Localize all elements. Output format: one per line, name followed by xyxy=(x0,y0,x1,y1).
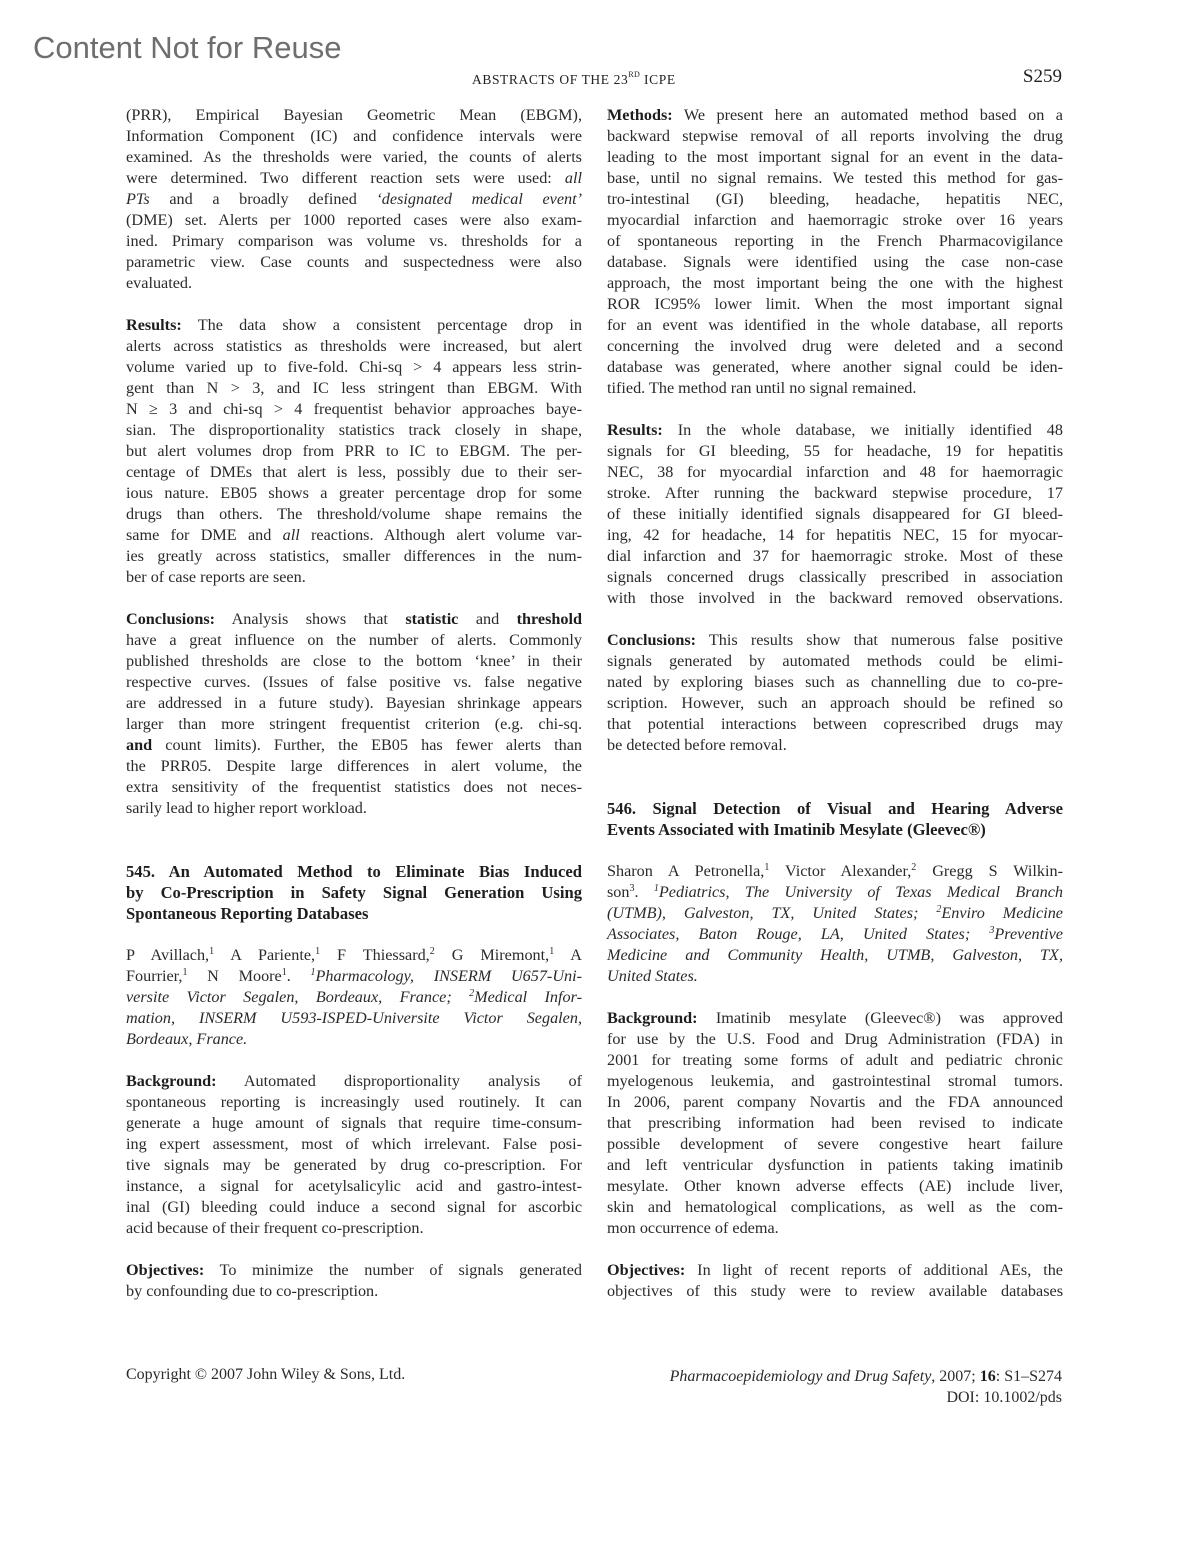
italic-text: all xyxy=(565,169,582,187)
text-line: drugs than others. The threshold/volume … xyxy=(126,504,582,525)
copyright-notice: Copyright © 2007 John Wiley & Sons, Ltd. xyxy=(126,1366,405,1384)
abstract-545-objectives: Objectives: To minimize the number of si… xyxy=(126,1260,582,1302)
methods-continued-paragraph: (PRR), Empirical Bayesian Geometric Mean… xyxy=(126,105,582,294)
author-name: Fourrier, xyxy=(126,967,182,985)
text-line: respective curves. (Issues of false posi… xyxy=(126,672,582,693)
text-span: same for DME and xyxy=(126,526,283,544)
text-span: and xyxy=(458,610,516,628)
text-line: evaluated. xyxy=(126,273,582,294)
text-line: and left ventricular dysfunction in pati… xyxy=(607,1155,1063,1176)
text-line: ies greatly across statistics, smaller d… xyxy=(126,546,582,567)
journal-pages: : S1–S274 xyxy=(996,1368,1062,1385)
author-name: Sharon A Petronella, xyxy=(607,862,764,880)
author-name: A Pariente, xyxy=(214,946,315,964)
text-line: signals generated by automated methods c… xyxy=(607,651,1063,672)
affiliation-text: Preventive xyxy=(994,925,1063,943)
text-line: larger than more stringent frequentist c… xyxy=(126,714,582,735)
authors-line: Fourrier,1 N Moore1. 1Pharmacology, INSE… xyxy=(126,966,582,987)
text-span: reactions. Although alert volume var- xyxy=(300,526,582,544)
section-label: Results: xyxy=(126,316,182,334)
author-name: N Moore xyxy=(187,967,281,985)
affiliation-line: Medicine and Community Health, UTMB, Gal… xyxy=(607,945,1063,966)
text-line: tive signals may be generated by drug co… xyxy=(126,1155,582,1176)
authors-line: son3. 1Pediatrics, The University of Tex… xyxy=(607,882,1063,903)
affiliation-line: mation, INSERM U593-ISPED-Universite Vic… xyxy=(126,1008,582,1029)
doi: DOI: 10.1002/pds xyxy=(670,1387,1062,1408)
section-label: Background: xyxy=(607,1009,698,1027)
journal-title: Pharmacoepidemiology and Drug Safety xyxy=(670,1368,932,1385)
text-line: scription. However, such an approach sho… xyxy=(607,693,1063,714)
text-line: same for DME and all reactions. Although… xyxy=(126,525,582,546)
text-span: . xyxy=(287,967,311,985)
text-line: acid because of their frequent co-prescr… xyxy=(126,1218,582,1239)
text-line: myelogenous leukemia, and gastrointestin… xyxy=(607,1071,1063,1092)
text-span: count limits). Further, the EB05 has few… xyxy=(152,736,582,754)
author-name: G Miremont, xyxy=(435,946,549,964)
text-line: the PRR05. Despite large differences in … xyxy=(126,756,582,777)
conclusions-paragraph: Conclusions: Analysis shows that statist… xyxy=(126,609,582,819)
text-span: In the whole database, we initially iden… xyxy=(663,421,1063,439)
bold-text: and xyxy=(126,736,152,754)
text-line: ing, 42 for headache, 14 for hepatitis N… xyxy=(607,525,1063,546)
running-head: ABSTRACTS OF THE 23RD ICPE xyxy=(472,70,676,88)
text-line: possible development of severe congestiv… xyxy=(607,1134,1063,1155)
affiliation-text: Enviro Medicine xyxy=(941,904,1063,922)
text-line: PTs and a broadly defined ‘designated me… xyxy=(126,189,582,210)
text-line: parametric view. Case counts and suspect… xyxy=(126,252,582,273)
text-line: that potential interactions between copr… xyxy=(607,714,1063,735)
text-line: mon occurrence of edema. xyxy=(607,1218,1063,1239)
text-line: base, until no signal remains. We tested… xyxy=(607,168,1063,189)
text-line: Information Component (IC) and confidenc… xyxy=(126,126,582,147)
title-line: 545. An Automated Method to Eliminate Bi… xyxy=(126,861,582,882)
text-line: and count limits). Further, the EB05 has… xyxy=(126,735,582,756)
text-line: (DME) set. Alerts per 1000 reported case… xyxy=(126,210,582,231)
affiliation-text: (UTMB), Galveston, TX, United States; xyxy=(607,904,936,922)
text-line: published thresholds are close to the bo… xyxy=(126,651,582,672)
text-line: Results: The data show a consistent perc… xyxy=(126,315,582,336)
text-line: Background: Automated disproportionality… xyxy=(126,1071,582,1092)
text-line: signals for GI bleeding, 55 for headache… xyxy=(607,441,1063,462)
text-line: stroke. After running the backward stepw… xyxy=(607,483,1063,504)
abstract-545-authors: P Avillach,1 A Pariente,1 F Thiessard,2 … xyxy=(126,945,582,1050)
right-column: Methods: We present here an automated me… xyxy=(607,105,1063,1323)
citation-line: Pharmacoepidemiology and Drug Safety, 20… xyxy=(670,1366,1062,1387)
title-line: Events Associated with Imatinib Mesylate… xyxy=(607,819,1063,840)
text-line: of spontaneous reporting in the French P… xyxy=(607,231,1063,252)
author-name: Victor Alexander, xyxy=(769,862,911,880)
text-line: skin and hematological complications, as… xyxy=(607,1197,1063,1218)
author-name: A xyxy=(554,946,582,964)
text-line: Objectives: To minimize the number of si… xyxy=(126,1260,582,1281)
text-span: We present here an automated method base… xyxy=(673,106,1063,124)
text-line: centage of DMEs that alert is less, poss… xyxy=(126,462,582,483)
running-head-sup: RD xyxy=(628,70,640,79)
authors-line: P Avillach,1 A Pariente,1 F Thiessard,2 … xyxy=(126,945,582,966)
text-line: backward stepwise removal of all reports… xyxy=(607,126,1063,147)
title-line: 546. Signal Detection of Visual and Hear… xyxy=(607,798,1063,819)
text-line: ber of case reports are seen. xyxy=(126,567,582,588)
author-name: P Avillach, xyxy=(126,946,209,964)
affiliation-line: (UTMB), Galveston, TX, United States; 2E… xyxy=(607,903,1063,924)
watermark: Content Not for Reuse xyxy=(33,30,341,66)
text-line: by confounding due to co-prescription. xyxy=(126,1281,582,1302)
text-span: In light of recent reports of additional… xyxy=(685,1261,1063,1279)
text-line: ious nature. EB05 shows a greater percen… xyxy=(126,483,582,504)
text-line: leading to the most important signal for… xyxy=(607,147,1063,168)
text-line: Objectives: In light of recent reports o… xyxy=(607,1260,1063,1281)
affiliation-line: United States. xyxy=(607,966,1063,987)
text-line: database was generated, where another si… xyxy=(607,357,1063,378)
text-line: Conclusions: This results show that nume… xyxy=(607,630,1063,651)
text-line: ROR IC95% lower limit. When the most imp… xyxy=(607,294,1063,315)
text-line: for an event was identified in the whole… xyxy=(607,315,1063,336)
affiliation-text: Associates, Baton Rouge, LA, United Stat… xyxy=(607,925,989,943)
text-line: 2001 for treating some forms of adult an… xyxy=(607,1050,1063,1071)
text-line: mesylate. Other known adverse effects (A… xyxy=(607,1176,1063,1197)
text-line: be detected before removal. xyxy=(607,735,1063,756)
results-paragraph: Results: The data show a consistent perc… xyxy=(126,315,582,588)
text-line: tified. The method ran until no signal r… xyxy=(607,378,1063,399)
text-line: spontaneous reporting is increasingly us… xyxy=(126,1092,582,1113)
text-line: Conclusions: Analysis shows that statist… xyxy=(126,609,582,630)
affiliation-text: versite Victor Segalen, Bordeaux, France… xyxy=(126,988,469,1006)
methods-paragraph: Methods: We present here an automated me… xyxy=(607,105,1063,399)
section-label: Conclusions: xyxy=(607,631,696,649)
text-line: examined. As the thresholds were varied,… xyxy=(126,147,582,168)
italic-text: ‘designated medical event’ xyxy=(376,190,582,208)
section-label: Objectives: xyxy=(607,1261,685,1279)
spacer xyxy=(607,777,1063,798)
text-line: approach, the most important being the o… xyxy=(607,273,1063,294)
text-line: have a great influence on the number of … xyxy=(126,630,582,651)
text-span: were determined. Two different reaction … xyxy=(126,169,565,187)
affiliation-line: Associates, Baton Rouge, LA, United Stat… xyxy=(607,924,1063,945)
text-line: that prescribing information had been re… xyxy=(607,1113,1063,1134)
affiliation-line: versite Victor Segalen, Bordeaux, France… xyxy=(126,987,582,1008)
journal-citation: Pharmacoepidemiology and Drug Safety, 20… xyxy=(670,1366,1062,1408)
text-line: Background: Imatinib mesylate (Gleevec®)… xyxy=(607,1008,1063,1029)
text-line: volume varied up to five-fold. Chi-sq > … xyxy=(126,357,582,378)
abstract-546-background: Background: Imatinib mesylate (Gleevec®)… xyxy=(607,1008,1063,1239)
text-span: Automated disproportionality analysis of xyxy=(217,1072,582,1090)
text-line: inal (GI) bleeding could induce a second… xyxy=(126,1197,582,1218)
text-span: Analysis shows that xyxy=(215,610,405,628)
text-line: but alert volumes drop from PRR to IC to… xyxy=(126,441,582,462)
title-line: by Co-Prescription in Safety Signal Gene… xyxy=(126,882,582,903)
text-line: are addressed in a future study). Bayesi… xyxy=(126,693,582,714)
authors-line: Sharon A Petronella,1 Victor Alexander,2… xyxy=(607,861,1063,882)
italic-text: PTs xyxy=(126,190,150,208)
text-line: In 2006, parent company Novartis and the… xyxy=(607,1092,1063,1113)
section-label: Objectives: xyxy=(126,1261,204,1279)
text-span: To minimize the number of signals genera… xyxy=(204,1261,582,1279)
text-line: ing expert assessment, most of which irr… xyxy=(126,1134,582,1155)
abstract-546-authors: Sharon A Petronella,1 Victor Alexander,2… xyxy=(607,861,1063,987)
text-line: sarily lead to higher report workload. xyxy=(126,798,582,819)
spacer xyxy=(126,840,582,861)
text-line: (PRR), Empirical Bayesian Geometric Mean… xyxy=(126,105,582,126)
journal-volume: 16 xyxy=(980,1368,996,1385)
abstract-545-background: Background: Automated disproportionality… xyxy=(126,1071,582,1239)
conclusions-paragraph: Conclusions: This results show that nume… xyxy=(607,630,1063,756)
text-line: extra sensitivity of the frequentist sta… xyxy=(126,777,582,798)
text-span: . xyxy=(635,883,654,901)
affiliation-text: Pediatrics, The University of Texas Medi… xyxy=(659,883,1063,901)
author-name: F Thiessard, xyxy=(320,946,430,964)
title-line: Spontaneous Reporting Databases xyxy=(126,903,582,924)
text-span: The data show a consistent percentage dr… xyxy=(182,316,582,334)
left-column: (PRR), Empirical Bayesian Geometric Mean… xyxy=(126,105,582,1323)
text-line: signals concerned drugs classically pres… xyxy=(607,567,1063,588)
text-line: dial infarction and 37 for haemorragic s… xyxy=(607,546,1063,567)
results-paragraph: Results: In the whole database, we initi… xyxy=(607,420,1063,609)
text-line: Methods: We present here an automated me… xyxy=(607,105,1063,126)
section-label: Conclusions: xyxy=(126,610,215,628)
text-line: gent than N > 3, and IC less stringent t… xyxy=(126,378,582,399)
bold-text: threshold xyxy=(517,610,582,628)
running-head-suffix: ICPE xyxy=(640,72,676,87)
text-line: concerning the involved drug were delete… xyxy=(607,336,1063,357)
text-line: objectives of this study were to review … xyxy=(607,1281,1063,1302)
text-line: database. Signals were identified using … xyxy=(607,252,1063,273)
text-line: sian. The disproportionality statistics … xyxy=(126,420,582,441)
author-name: Gregg S Wilkin- xyxy=(916,862,1063,880)
text-line: NEC, 38 for myocardial infarction and 48… xyxy=(607,462,1063,483)
section-label: Methods: xyxy=(607,106,673,124)
running-head-prefix: ABSTRACTS OF THE 23 xyxy=(472,72,628,87)
author-name: son xyxy=(607,883,630,901)
text-line: generate a huge amount of signals that r… xyxy=(126,1113,582,1134)
abstract-546-objectives: Objectives: In light of recent reports o… xyxy=(607,1260,1063,1302)
page-number: S259 xyxy=(1023,66,1062,88)
bold-text: statistic xyxy=(405,610,458,628)
section-label: Background: xyxy=(126,1072,217,1090)
text-line: N ≥ 3 and chi-sq > 4 frequentist behavio… xyxy=(126,399,582,420)
text-line: myocardial infarction and haemorragic st… xyxy=(607,210,1063,231)
italic-text: all xyxy=(283,526,300,544)
section-label: Results: xyxy=(607,421,663,439)
text-line: nated by exploring biases such as channe… xyxy=(607,672,1063,693)
text-line: alerts across statistics as thresholds w… xyxy=(126,336,582,357)
affiliation-text: Medical Infor- xyxy=(474,988,582,1006)
affiliation-line: Bordeaux, France. xyxy=(126,1029,582,1050)
text-line: tro-intestinal (GI) bleeding, headache, … xyxy=(607,189,1063,210)
abstract-545-title: 545. An Automated Method to Eliminate Bi… xyxy=(126,861,582,924)
text-line: for use by the U.S. Food and Drug Admini… xyxy=(607,1029,1063,1050)
text-line: were determined. Two different reaction … xyxy=(126,168,582,189)
text-line: with those involved in the backward remo… xyxy=(607,588,1063,609)
text-line: of these initially identified signals di… xyxy=(607,504,1063,525)
abstract-546-title: 546. Signal Detection of Visual and Hear… xyxy=(607,798,1063,840)
text-line: instance, a signal for acetylsalicylic a… xyxy=(126,1176,582,1197)
text-span: and a broadly defined xyxy=(150,190,377,208)
text-line: ined. Primary comparison was volume vs. … xyxy=(126,231,582,252)
journal-year: , 2007; xyxy=(931,1368,979,1385)
text-span: This results show that numerous false po… xyxy=(696,631,1063,649)
affiliation-text: Pharmacology, INSERM U657-Uni- xyxy=(316,967,582,985)
text-span: Imatinib mesylate (Gleevec®) was approve… xyxy=(698,1009,1063,1027)
text-line: Results: In the whole database, we initi… xyxy=(607,420,1063,441)
